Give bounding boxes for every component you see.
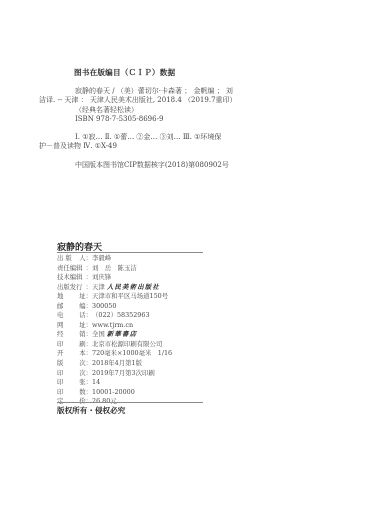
info-value: （022）58352963 xyxy=(92,311,150,321)
info-value-text: 天津 xyxy=(92,283,107,291)
info-label-part-a: 网 xyxy=(57,321,63,331)
info-label-part-b: 次： xyxy=(79,359,92,369)
info-row: 开本：720毫米×1000毫米 1/16 xyxy=(57,349,257,359)
calligraphy-logo: 新華書店 xyxy=(107,330,137,338)
cip-series: （经典名著轻松读） xyxy=(57,106,337,115)
cip-isbn: ISBN 978-7-5305-8696-9 xyxy=(57,115,337,124)
info-value: 李毅峰 xyxy=(92,254,111,264)
info-label-part-a: 经 xyxy=(57,330,63,340)
info-label-part-b: 编： xyxy=(79,302,92,312)
info-value-text: 720毫米×1000毫米 1/16 xyxy=(92,349,172,357)
info-label-part-a: 印 xyxy=(57,388,63,398)
info-label-part-b: 数： xyxy=(79,388,92,398)
info-label: 邮编： xyxy=(57,302,92,312)
info-row: 地址：天津市和平区马场道150号 xyxy=(57,292,257,302)
info-value: 全国 新華書店 xyxy=(92,330,137,340)
info-label-part-a: 出 版 xyxy=(57,254,72,264)
info-label: 地址： xyxy=(57,292,92,302)
info-label: 出 版人： xyxy=(57,254,92,264)
info-label-part-b: 张： xyxy=(79,378,92,388)
info-label: 网址： xyxy=(57,321,92,331)
info-label-part-a: 邮 xyxy=(57,302,63,312)
info-row: 网址：www.tjrm.cn xyxy=(57,321,257,331)
info-value-text: 刘 岳 陈玉洁 xyxy=(92,264,137,272)
info-value: 720毫米×1000毫米 1/16 xyxy=(92,349,172,359)
cip-subjects: Ⅰ. ①寂… Ⅱ. ①蕾… ②金… ③刘… Ⅲ. ①环境保护－普及读物 Ⅳ. ①… xyxy=(57,133,337,152)
info-row: 版次：2018年4月第1版 xyxy=(57,359,257,369)
info-label: 开本： xyxy=(57,349,92,359)
info-label-part-a: 印 xyxy=(57,340,63,350)
info-label-part-a: 开 xyxy=(57,349,63,359)
info-row: 印次：2019年7月第3次印刷 xyxy=(57,369,257,379)
info-label-part-a: 版 xyxy=(57,359,63,369)
info-value: www.tjrm.cn xyxy=(92,321,133,331)
info-label-part-b: 次： xyxy=(79,369,92,379)
info-value-text: 10001-20000 xyxy=(92,388,135,396)
info-value-text: www.tjrm.cn xyxy=(92,321,133,329)
info-value: 天津 人民美術出版社 xyxy=(92,283,160,293)
info-value: 2019年7月第3次印刷 xyxy=(92,369,155,379)
info-label: 经销： xyxy=(57,330,92,340)
info-label-part-a: 印 xyxy=(57,369,63,379)
info-label: 印次： xyxy=(57,369,92,379)
info-value: 14 xyxy=(92,378,100,388)
info-value: 刘 岳 陈玉洁 xyxy=(92,264,137,274)
info-row: 印张：14 xyxy=(57,378,257,388)
info-value: 天津市和平区马场道150号 xyxy=(92,292,168,302)
info-row: 责任编辑：刘 岳 陈玉洁 xyxy=(57,264,257,274)
info-value-text: 李毅峰 xyxy=(92,254,111,262)
cip-entry: 寂静的春天 / （美）蕾切尔·卡森著 ； 金帆编 ； 刘洁译. -- 天津 ： … xyxy=(57,87,337,106)
info-label: 责任编辑： xyxy=(57,264,92,274)
cip-subjects-line1: Ⅰ. ①寂… Ⅱ. ①蕾… ②金… ③刘… Ⅲ. ①环境保 xyxy=(75,133,221,141)
info-row: 技术编辑：刘庆锋 xyxy=(57,273,257,283)
info-value-text: 天津市和平区马场道150号 xyxy=(92,292,168,300)
copyright-notice: 版权所有・侵权必究 xyxy=(57,405,125,416)
info-label-part-b: 销： xyxy=(79,330,92,340)
info-label-part-b: 址： xyxy=(79,292,92,302)
info-label: 印数： xyxy=(57,388,92,398)
info-value: 300050 xyxy=(92,302,116,312)
cip-block: 寂静的春天 / （美）蕾切尔·卡森著 ； 金帆编 ； 刘洁译. -- 天津 ： … xyxy=(57,87,337,170)
info-row: 经销：全国 新華書店 xyxy=(57,330,257,340)
cip-subjects-line2: 护－普及读物 Ⅳ. ①X-49 xyxy=(39,142,117,151)
info-row: 邮编：300050 xyxy=(57,302,257,312)
info-row: 出版发行：天津 人民美術出版社 xyxy=(57,283,257,293)
info-label: 技术编辑： xyxy=(57,273,92,283)
info-value: 刘庆锋 xyxy=(92,273,111,283)
info-label-part-a: 责任编辑 xyxy=(57,264,83,274)
info-value-text: 300050 xyxy=(92,302,116,310)
info-value-text: 14 xyxy=(92,378,100,386)
info-label: 版次： xyxy=(57,359,92,369)
info-label-part-b: 址： xyxy=(79,321,92,331)
info-value-text: 2018年4月第1版 xyxy=(92,359,142,367)
cip-entry-line2: 洁译. -- 天津 ： 天津人民美术出版社, 2018.4 （2019.7重印） xyxy=(39,96,237,105)
cip-number: 中国版本图书馆CIP数据核字(2018)第080902号 xyxy=(57,161,337,170)
info-label-part-a: 电 xyxy=(57,311,63,321)
info-label: 出版发行： xyxy=(57,283,92,293)
info-label-part-a: 印 xyxy=(57,378,63,388)
info-label-part-b: 人： xyxy=(79,254,92,264)
info-row: 出 版人：李毅峰 xyxy=(57,254,257,264)
info-label: 印张： xyxy=(57,378,92,388)
info-label: 电话： xyxy=(57,311,92,321)
info-label-part-b: 话： xyxy=(79,311,92,321)
calligraphy-logo: 人民美術出版社 xyxy=(107,283,160,291)
info-value: 10001-20000 xyxy=(92,388,135,398)
bottom-rule xyxy=(57,402,203,403)
info-value-text: 北京市松源印刷有限公司 xyxy=(92,340,162,348)
cip-heading: 图书在版编目（ＣＩＰ）数据 xyxy=(74,67,175,78)
info-value-text: 刘庆锋 xyxy=(92,273,111,281)
info-value-text: 2019年7月第3次印刷 xyxy=(92,369,155,377)
info-label-part-b: 本： xyxy=(79,349,92,359)
info-label-part-a: 技术编辑 xyxy=(57,273,83,283)
info-label-part-a: 出版发行 xyxy=(57,283,83,293)
info-label-part-a: 地 xyxy=(57,292,63,302)
info-row: 电话：（022）58352963 xyxy=(57,311,257,321)
publication-info-table: 出 版人：李毅峰责任编辑：刘 岳 陈玉洁技术编辑：刘庆锋出版发行：天津 人民美術… xyxy=(57,254,257,407)
info-value: 2018年4月第1版 xyxy=(92,359,142,369)
cip-entry-line1: 寂静的春天 / （美）蕾切尔·卡森著 ； 金帆编 ； 刘 xyxy=(75,87,233,95)
info-row: 印数：10001-20000 xyxy=(57,388,257,398)
info-value-text: 全国 xyxy=(92,330,107,338)
info-value-text: （022）58352963 xyxy=(92,311,150,319)
